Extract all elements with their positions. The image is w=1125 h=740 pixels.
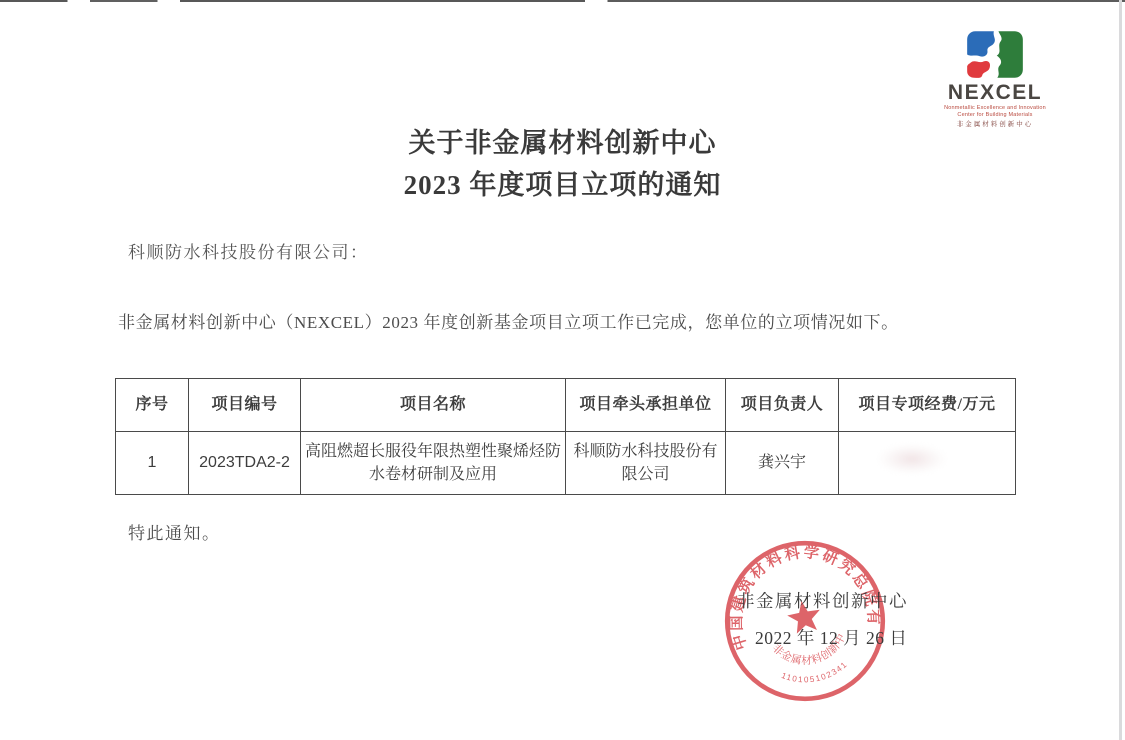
signature-date: 2022 年 12 月 26 日 [755, 625, 907, 650]
body-paragraph: 非金属材料创新中心（NEXCEL）2023 年度创新基金项目立项工作已完成，您单… [118, 308, 1038, 333]
nexcel-logo: NEXCEL Nonmetallic Excellence and Innova… [928, 30, 1062, 129]
scan-edge-top [0, 0, 1125, 2]
title-line-1: 关于非金属材料创新中心 [0, 126, 1125, 160]
scan-edge-right [1119, 0, 1122, 740]
cell-funds [839, 432, 1016, 495]
official-seal: 中国建筑材料科学研究总院有限公司 非金属材料创新中心 1101051023411… [704, 520, 906, 722]
nexcel-logo-icon [966, 30, 1024, 79]
seal-graphic: 中国建筑材料科学研究总院有限公司 非金属材料创新中心 1101051023411… [704, 520, 906, 722]
cell-leader: 龚兴宇 [726, 432, 839, 495]
nexcel-tagline: Nonmetallic Excellence and Innovation Ce… [928, 105, 1062, 119]
header-project-name: 项目名称 [301, 379, 566, 432]
nexcel-wordmark: NEXCEL [928, 82, 1062, 103]
cell-lead-unit: 科顺防水科技股份有限公司 [566, 432, 726, 495]
document-title: 关于非金属材料创新中心 2023 年度项目立项的通知 [0, 126, 1125, 202]
cell-project-name: 高阻燃超长服役年限热塑性聚烯烃防水卷材研制及应用 [301, 432, 566, 495]
header-project-code: 项目编号 [189, 379, 301, 432]
project-table: 序号 项目编号 项目名称 项目牵头承担单位 项目负责人 项目专项经费/万元 1 … [115, 378, 1016, 495]
signature-org: 非金属材料创新中心 [737, 588, 908, 613]
header-funds: 项目专项经费/万元 [839, 379, 1016, 432]
table-row: 1 2023TDA2-2 高阻燃超长服役年限热塑性聚烯烃防水卷材研制及应用 科顺… [116, 432, 1016, 495]
table-header-row: 序号 项目编号 项目名称 项目牵头承担单位 项目负责人 项目专项经费/万元 [116, 379, 1016, 432]
header-serial: 序号 [116, 379, 189, 432]
header-leader: 项目负责人 [726, 379, 839, 432]
header-lead-unit: 项目牵头承担单位 [566, 379, 726, 432]
cell-serial: 1 [116, 432, 189, 495]
title-line-2: 2023 年度项目立项的通知 [0, 168, 1125, 202]
cell-project-code: 2023TDA2-2 [189, 432, 301, 495]
addressee-line: 科顺防水科技股份有限公司： [128, 238, 369, 263]
closing-line: 特此通知。 [128, 519, 221, 544]
